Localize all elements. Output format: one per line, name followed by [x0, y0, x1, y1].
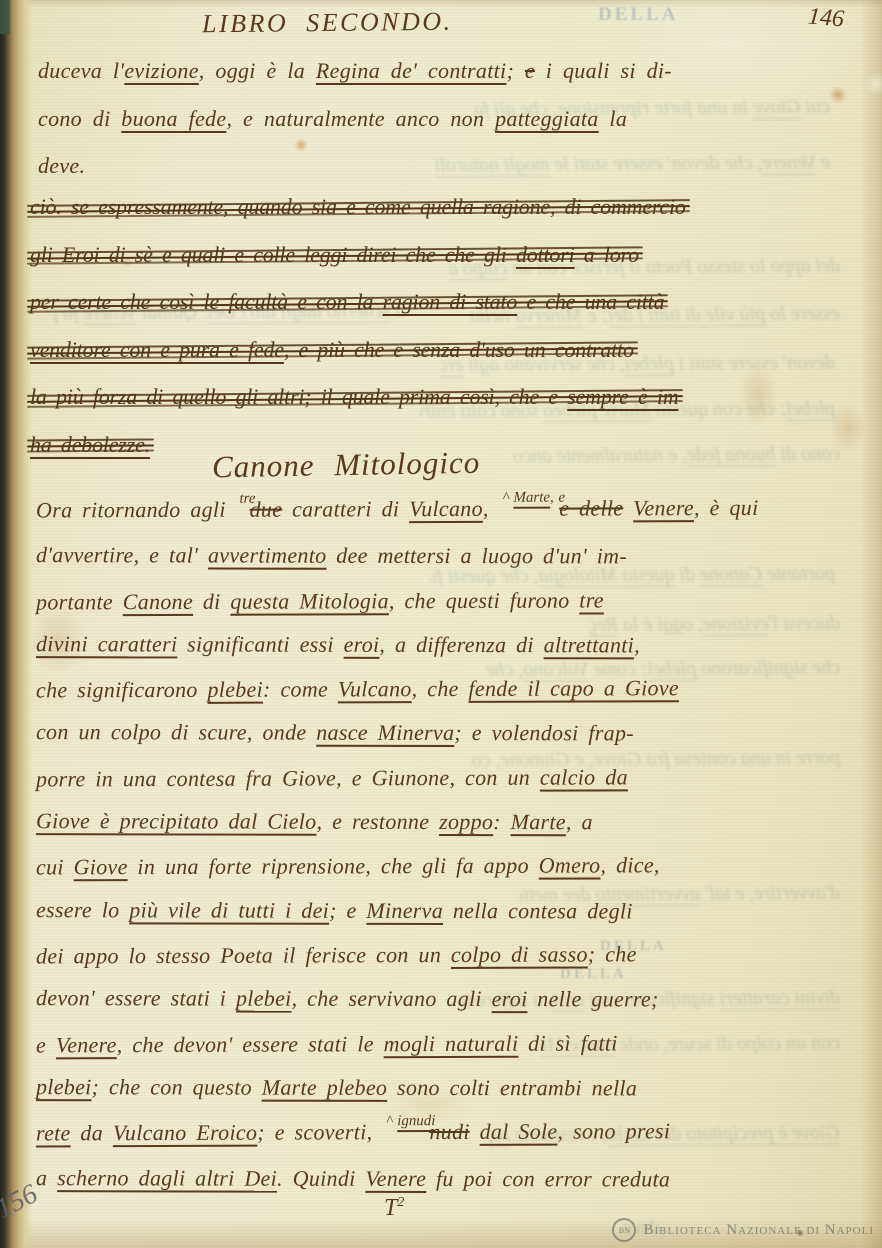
mythology-paragraph: Ora ritornando agli tredue caratteri di …	[36, 487, 862, 1202]
text-line: Ora ritornando agli tredue caratteri di …	[36, 486, 862, 536]
catchword-exponent: 2	[397, 1195, 404, 1210]
text-line: Giove è precipitato dal Cielo, e restonn…	[36, 799, 862, 845]
text-line: portante Canone di questa Mitologia, che…	[36, 577, 862, 624]
bleedthrough-text: DELLA	[598, 4, 678, 26]
cancelled-line: la più forza di quello gli altri; il qua…	[30, 373, 679, 421]
text-line: essere lo più vile di tutti i dei; e Min…	[36, 888, 862, 934]
text-line: duceva l'evizione, oggi è la Regina de' …	[38, 47, 858, 95]
manuscript-page: DELLA DELLA DELLA cui Giove in una forte…	[0, 0, 882, 1248]
cancelled-passage: ciò. se espressamente, quando sia e come…	[30, 183, 858, 468]
text-line: rete da Vulcano Eroico; e scoverti, ^ ig…	[36, 1109, 862, 1159]
cancelled-line: per certe che così le facultà e con la r…	[30, 278, 664, 326]
text-line: e Venere, che devon' essere stati le mog…	[36, 1020, 862, 1067]
binding-tape	[0, 0, 10, 34]
library-stamp: BN Biblioteca Nazionale di Napoli	[612, 1218, 874, 1242]
text-line: divini caratteri significanti essi eroi,…	[36, 622, 862, 668]
text-line: cono di buona fede, e naturalmente anco …	[38, 95, 858, 143]
text-line: dei appo lo stesso Poeta il ferisce con …	[36, 932, 862, 979]
text-line: porre in una contesa fra Giove, e Giunon…	[36, 754, 862, 801]
catchword: T2	[384, 1195, 404, 1222]
page-title: LIBRO SECONDO.	[202, 7, 453, 40]
text-line: devon' essere stati i plebei, che serviv…	[36, 976, 862, 1022]
cancelled-line: venditore con e pura e fede, e più che e…	[30, 326, 634, 374]
text-line: plebei; che con questo Marte plebeo sono…	[36, 1065, 862, 1111]
cancelled-line: ha debolezze.	[30, 421, 150, 469]
library-monogram-icon: BN	[612, 1218, 636, 1242]
folio-number: 146	[807, 3, 845, 33]
cancelled-line: gli Eroi di sè e quali e colle leggi dir…	[30, 231, 639, 279]
cancelled-line: ciò. se espressamente, quando sia e come…	[30, 183, 686, 231]
text-line: a scherno dagli altri Dei. Quindi Venere…	[36, 1157, 862, 1203]
binding-edge	[0, 0, 32, 1248]
text-line: che significarono plebei: come Vulcano, …	[36, 666, 862, 713]
text-line: cui Giove in una forte riprensione, che …	[36, 843, 862, 890]
catchword-letter: T	[384, 1195, 397, 1221]
stamp-label: Biblioteca Nazionale di Napoli	[643, 1222, 874, 1239]
text-line: con un colpo di scure, onde nasce Minerv…	[36, 711, 862, 757]
opening-paragraph: duceva l'evizione, oggi è la Regina de' …	[38, 47, 858, 190]
text-line: d'avvertire, e tal' avvertimento dee met…	[36, 533, 862, 579]
